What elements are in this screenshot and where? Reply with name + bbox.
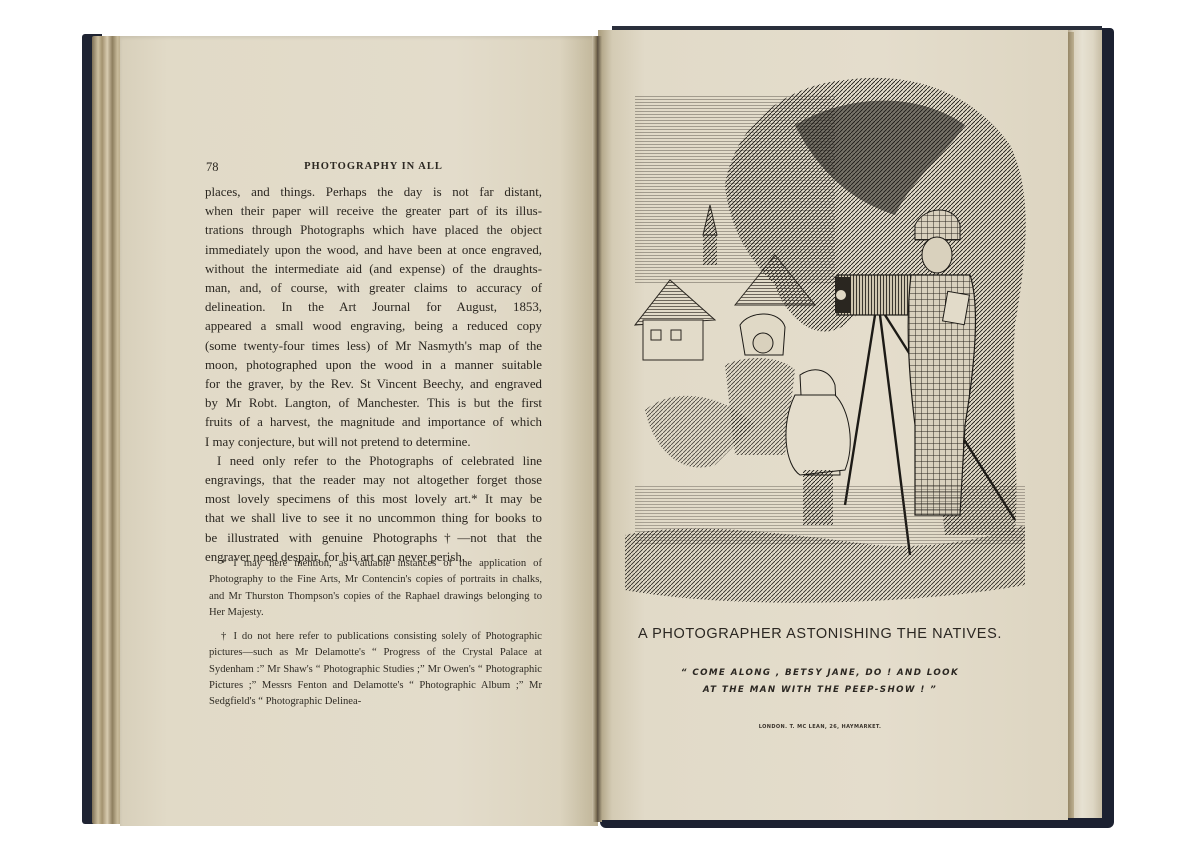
body-text: places, and things. Perhaps the day is n… bbox=[205, 183, 542, 567]
text-line: without the intermediate aid (and expens… bbox=[205, 260, 542, 279]
illustration-quote: “ COME ALONG , BETSY JANE, DO ! AND LOOK… bbox=[660, 665, 980, 699]
paragraph-1: places, and things. Perhaps the day is n… bbox=[205, 183, 542, 452]
footnote-dagger: † I do not here refer to publications co… bbox=[209, 629, 542, 710]
text-line: man, and, of course, with greater claims… bbox=[205, 279, 542, 298]
text-line: most lovely specimens of this most lovel… bbox=[205, 490, 542, 509]
page-header: 78 PHOTOGRAPHY IN ALL bbox=[206, 160, 541, 176]
footnote-asterisk: * I may here mention, as valuable instan… bbox=[209, 556, 542, 621]
text-line: be illustrated with genuine Photographs†… bbox=[205, 529, 542, 548]
text-line: I may conjecture, but will not pretend t… bbox=[205, 433, 542, 452]
text-line: by Mr Robt. Langton, of Manchester. This… bbox=[205, 394, 542, 413]
text-line: for the graver, by the Rev. St Vincent B… bbox=[205, 375, 542, 394]
book-gutter bbox=[592, 36, 602, 822]
paragraph-2-cont: engravings, that the reader may not alto… bbox=[205, 471, 542, 567]
paragraph-2: I need only refer to the Photographs of … bbox=[205, 452, 542, 471]
illustration-title: A PHOTOGRAPHER ASTONISHING THE NATIVES. bbox=[620, 626, 1020, 642]
text-line: engravings, that the reader may not alto… bbox=[205, 471, 542, 490]
text-line: when their paper will receive the greate… bbox=[205, 202, 542, 221]
text-line: (some twenty-four times less) of Mr Nasm… bbox=[205, 337, 542, 356]
text-line: I need only refer to the Photographs of … bbox=[217, 452, 542, 471]
publisher-imprint: LONDON. T. MC LEAN, 26, HAYMARKET. bbox=[740, 724, 900, 730]
quote-line-2: AT THE MAN WITH THE PEEP-SHOW ! ” bbox=[660, 682, 980, 699]
text-line: that we shall live to see it no uncommon… bbox=[205, 509, 542, 528]
text-line: trations through Photographs which have … bbox=[205, 221, 542, 240]
photographer-engraving-icon bbox=[615, 65, 1035, 610]
text-line: delineation. In the Art Journal for Augu… bbox=[205, 298, 542, 317]
text-line: fruits of a harvest, the magnitude and i… bbox=[205, 413, 542, 432]
engraving-illustration bbox=[615, 65, 1035, 610]
text-line: appeared a small wood engraving, being a… bbox=[205, 317, 542, 336]
text-line: moon, photographed upon the wood in a ma… bbox=[205, 356, 542, 375]
running-head: PHOTOGRAPHY IN ALL bbox=[206, 161, 541, 172]
text-line: immediately upon the wood, and have been… bbox=[205, 241, 542, 260]
text-line: places, and things. Perhaps the day is n… bbox=[205, 183, 542, 202]
footnotes: * I may here mention, as valuable instan… bbox=[209, 556, 542, 719]
quote-line-1: “ COME ALONG , BETSY JANE, DO ! AND LOOK bbox=[660, 665, 980, 682]
